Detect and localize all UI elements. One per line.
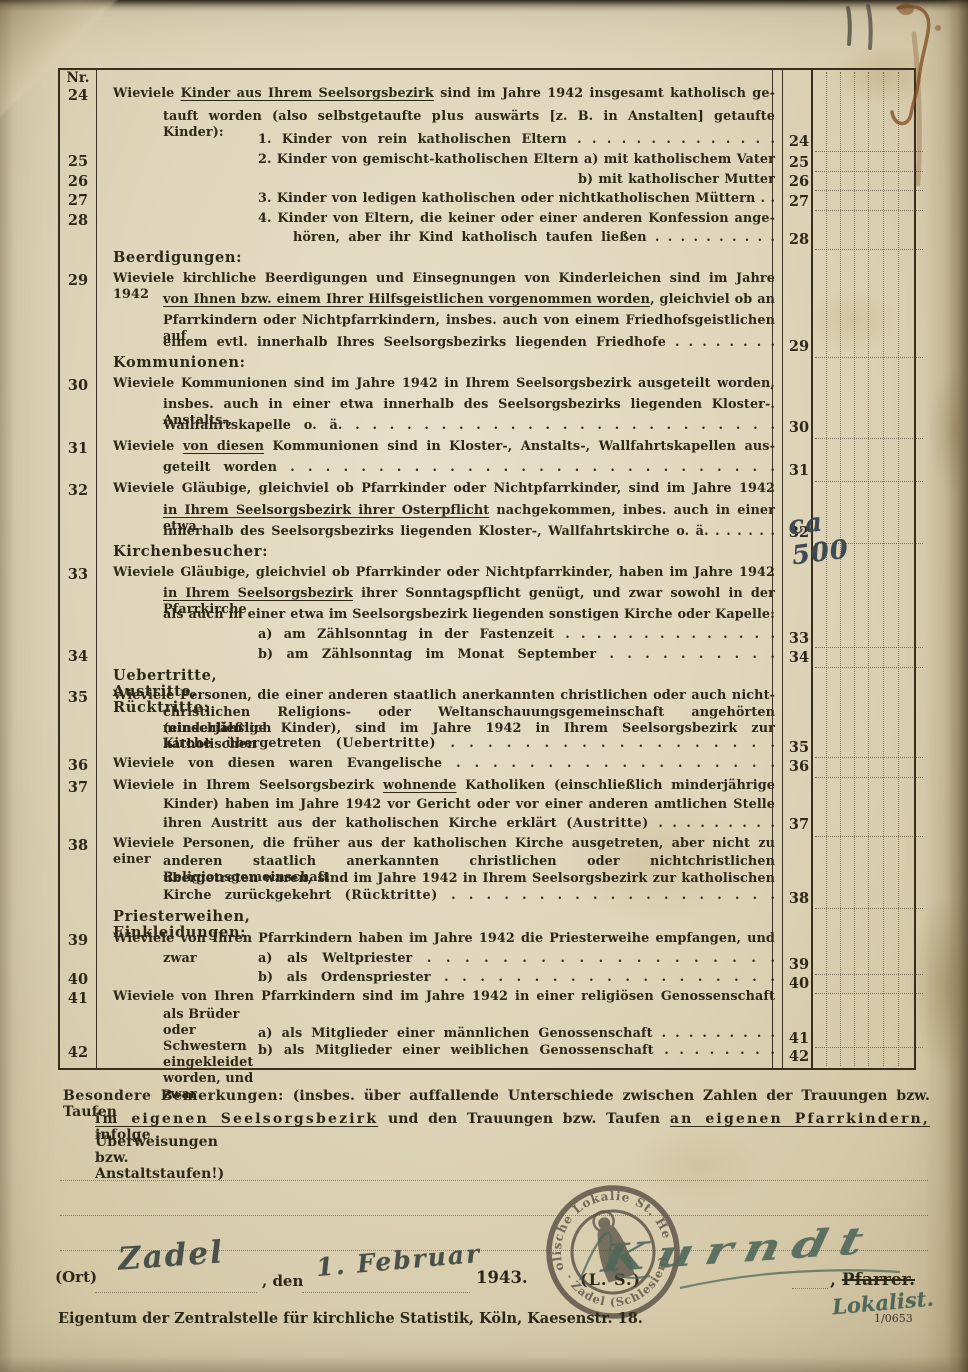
form-text-line: einem evtl. innerhalb Ihres Seelsorgsbez… — [163, 335, 775, 351]
text-segment: (Austritte) — [566, 816, 649, 831]
text-segment: a) am Zählsonntag in der Fastenzeit . . … — [258, 627, 775, 642]
form-text-line: geteilt worden . . . . . . . . . . . . .… — [163, 460, 775, 476]
form-text-line: als auch in einer etwa im Seelsorgsbezir… — [163, 607, 775, 623]
text-segment: 4. Kinder von Eltern, die keiner oder ei… — [258, 211, 775, 226]
form-text-line: Wieviele Gläubige, gleichviel ob Pfarrki… — [113, 565, 775, 581]
answer-value: ca 500 — [787, 505, 851, 572]
ort-label: (Ort) — [55, 1268, 97, 1286]
answer-grid-vline — [898, 72, 899, 1066]
form-text-line: Wieviele von diesen waren Evangelische .… — [113, 756, 775, 772]
text-segment: . . . . . . . . . — [649, 816, 775, 831]
text-segment: im eigenen Seelsorgsbezirk — [95, 1111, 378, 1127]
text-segment: b) als Mitglieder einer weiblichen Genos… — [258, 1043, 775, 1058]
corner-fold — [0, 0, 120, 140]
form-text-line: Wieviele von Ihren Pfarrkindern haben im… — [113, 931, 775, 947]
text-segment: Wieviele von Ihren Pfarrkindern haben im… — [113, 931, 775, 946]
scanned-church-statistics-form: Nr. 242526272829303132333435363738394041… — [0, 0, 968, 1372]
text-segment: b) als Ordenspriester . . . . . . . . . … — [258, 970, 775, 985]
text-segment: von Ihnen bzw. einem Ihrer Hilfsgeistlic… — [163, 292, 650, 307]
text-segment: einem evtl. innerhalb Ihres Seelsorgsbez… — [163, 335, 775, 350]
text-segment: innerhalb des Seelsorgsbezirks liegenden… — [163, 524, 775, 539]
text-segment: Wieviele in Ihrem Seelsorgsbezirk — [113, 778, 383, 793]
form-text-line: Kommunionen: — [113, 355, 246, 371]
form-text-line: Wieviele Kinder aus Ihrem Seelsorgsbezir… — [113, 86, 775, 102]
text-segment: sind im Jahre 1942 insgesamt katholisch … — [434, 86, 775, 101]
row-number: 31 — [781, 462, 817, 479]
row-number: 33 — [781, 630, 817, 647]
text-segment: . . . . . . . . . . . . . . . . . . . — [438, 888, 775, 903]
text-segment: Kirche zurückgekehrt — [163, 888, 345, 903]
answer-row-sep — [815, 777, 923, 778]
row-number: 41 — [60, 990, 96, 1007]
text-segment: Kinder) haben im Jahre 1942 vor Gericht … — [163, 797, 775, 812]
form-text-line: Wieviele Kommunionen sind im Jahre 1942 … — [113, 376, 775, 392]
row-number: 28 — [781, 231, 817, 248]
answer-row-sep — [815, 908, 923, 909]
form-text-line: Wieviele Personen, die einer anderen sta… — [113, 688, 775, 704]
text-segment: hören, aber ihr Kind katholisch taufen l… — [293, 230, 775, 245]
text-segment: in Ihrem Seelsorgsbezirk — [163, 586, 353, 601]
text-segment: Wieviele Gläubige, gleichviel ob Pfarrki… — [113, 565, 775, 580]
row-number: 42 — [781, 1048, 817, 1065]
text-segment: Kirchenbesucher: — [113, 543, 268, 560]
text-segment: , gleichviel ob an — [650, 292, 775, 307]
text-segment: Wieviele Kommunionen sind im Jahre 1942 … — [113, 376, 775, 391]
form-text-line: ihren Austritt aus der katholischen Kirc… — [163, 816, 775, 832]
text-segment: plus — [432, 109, 465, 124]
form-text-line: Kirchenbesucher: — [113, 544, 268, 560]
form-text-line: a) als Mitglieder einer männlichen Genos… — [258, 1026, 775, 1042]
row-number: 33 — [60, 566, 96, 583]
form-text-line: a) am Zählsonntag in der Fastenzeit . . … — [258, 627, 775, 643]
form-text-line: Kirche zurückgekehrt (Rücktritte) . . . … — [163, 888, 775, 904]
form-text-line: Wieviele Gläubige, gleichviel ob Pfarrki… — [113, 481, 775, 497]
text-segment: (Rücktritte) — [345, 888, 438, 903]
row-number: 32 — [60, 482, 96, 499]
form-text-line: innerhalb des Seelsorgsbezirks liegenden… — [163, 524, 775, 540]
row-number: 39 — [781, 956, 817, 973]
answer-row-sep — [815, 647, 923, 648]
den-label: , den — [262, 1272, 303, 1290]
ort-handwritten: Zadel — [117, 1234, 225, 1277]
text-segment: b) mit katholischer Mutter — [578, 172, 775, 187]
form-text-line: b) mit katholischer Mutter — [578, 172, 775, 188]
form-text-line: 1. Kinder von rein katholischen Eltern .… — [258, 132, 775, 148]
text-segment: tauft worden (also selbstgetaufte — [163, 109, 432, 124]
right-number-col-left-line — [782, 68, 783, 1068]
form-text-line: Wieviele von diesen Kommunionen sind in … — [113, 439, 775, 455]
form-text-line: Wallfahrtskapelle o. ä. . . . . . . . . … — [163, 418, 775, 434]
form-text-line: Wieviele in Ihrem Seelsorgsbezirk wohnen… — [113, 778, 775, 794]
answer-row-sep — [815, 249, 923, 250]
row-number: 39 — [60, 932, 96, 949]
text-segment: Überweisungen bzw. Anstaltstaufen!) — [95, 1134, 224, 1182]
text-segment: zwar — [163, 951, 197, 966]
form-text-line: zwar — [163, 951, 197, 967]
row-number: 40 — [781, 975, 817, 992]
text-segment: Wieviele — [113, 86, 181, 101]
owner-imprint: Eigentum der Zentralstelle für kirchlich… — [58, 1310, 643, 1327]
form-text-line: hören, aber ihr Kind katholisch taufen l… — [293, 230, 775, 246]
pfarrer-label-group: , Pfarrer. — [830, 1270, 915, 1290]
answer-grid-vline — [826, 72, 827, 1066]
text-segment: ihren Austritt aus der katholischen Kirc… — [163, 816, 566, 831]
answer-row-sep — [815, 836, 923, 837]
text-segment: Wallfahrtskapelle o. ä. . . . . . . . . … — [163, 418, 775, 433]
answer-grid-vline — [868, 72, 869, 1066]
form-text-line: 2. Kinder von gemischt-katholischen Elte… — [258, 152, 775, 168]
row-number: 34 — [60, 648, 96, 665]
form-text-line: b) am Zählsonntag im Monat September . .… — [258, 647, 775, 663]
text-segment: geteilt worden . . . . . . . . . . . . .… — [163, 460, 775, 475]
row-number: 26 — [60, 173, 96, 190]
row-number: 36 — [60, 757, 96, 774]
text-segment: a) als Weltpriester . . . . . . . . . . … — [258, 951, 775, 966]
answer-grid-vline — [840, 72, 841, 1066]
text-segment: . . . . . . . . . . . . . . . . . . — [436, 736, 775, 751]
right-edge-tear — [944, 0, 968, 1372]
text-segment: in Ihrem Seelsorgsbezirk ihrer Osterpfli… — [163, 503, 489, 518]
row-number: 35 — [781, 739, 817, 756]
text-segment: von diesen — [183, 439, 264, 454]
row-number: 30 — [781, 419, 817, 436]
text-segment: Wieviele von diesen waren Evangelische .… — [113, 756, 775, 771]
row-number: 38 — [781, 890, 817, 907]
form-text-line: a) als Weltpriester . . . . . . . . . . … — [258, 951, 775, 967]
row-number: 37 — [60, 779, 96, 796]
text-segment: Besondere Bemerkungen: — [63, 1088, 284, 1104]
text-segment: und den Trauungen bzw. Taufen — [378, 1111, 670, 1127]
answer-row-sep — [815, 667, 923, 668]
answer-grid-vline — [883, 72, 884, 1066]
signature-line — [792, 1288, 828, 1289]
row-number: 42 — [60, 1044, 96, 1061]
form-text-line: 4. Kinder von Eltern, die keiner oder ei… — [258, 211, 775, 227]
text-segment: wohnende — [383, 778, 457, 793]
row-number: 35 — [60, 689, 96, 706]
form-text-line: Beerdigungen: — [113, 250, 242, 266]
text-segment: Wieviele — [113, 439, 183, 454]
answer-row-sep — [815, 1047, 923, 1048]
row-number: 37 — [781, 816, 817, 833]
answer-row-sep — [815, 481, 923, 482]
print-number: 1/0653 — [874, 1312, 913, 1325]
form-text-line: Wieviele von Ihren Pfarrkindern sind im … — [113, 989, 775, 1005]
text-segment: als auch in einer etwa im Seelsorgsbezir… — [163, 607, 775, 622]
text-segment: Kinder aus Ihrem Seelsorgsbezirk — [181, 86, 434, 101]
row-number: 31 — [60, 440, 96, 457]
form-text-line: 3. Kinder von ledigen katholischen oder … — [258, 191, 775, 207]
pfarrer-label: Pfarrer. — [842, 1270, 915, 1290]
row-number: 29 — [781, 338, 817, 355]
text-segment: Beerdigungen: — [113, 249, 242, 266]
text-segment: Kirche übergetreten — [163, 736, 336, 751]
row-number: 28 — [60, 212, 96, 229]
row-number: 25 — [60, 153, 96, 170]
remarks-rule-1 — [60, 1180, 928, 1181]
row-number: 38 — [60, 837, 96, 854]
text-segment: Wieviele von Ihren Pfarrkindern sind im … — [113, 989, 775, 1004]
pfarrer-comma: , — [830, 1270, 842, 1290]
text-segment: Wieviele Personen, die einer anderen sta… — [113, 688, 775, 703]
answer-row-sep — [815, 757, 923, 758]
row-number: 30 — [60, 377, 96, 394]
date-write-line — [302, 1292, 470, 1293]
form-text-line: von Ihnen bzw. einem Ihrer Hilfsgeistlic… — [163, 292, 775, 308]
row-number: 41 — [781, 1030, 817, 1047]
row-number: 40 — [60, 971, 96, 988]
answer-row-sep — [815, 438, 923, 439]
row-number: 34 — [781, 649, 817, 666]
row-number: 27 — [60, 192, 96, 209]
text-segment: übergetreten waren, sind im Jahre 1942 i… — [163, 871, 775, 886]
row-number: 29 — [60, 272, 96, 289]
form-text-line: b) als Ordenspriester . . . . . . . . . … — [258, 970, 775, 986]
text-segment: Wieviele Gläubige, gleichviel ob Pfarrki… — [113, 481, 775, 496]
text-segment: Kommunionen sind in Kloster-, Anstalts-,… — [264, 439, 775, 454]
text-segment: b) am Zählsonntag im Monat September . .… — [258, 647, 775, 662]
form-text-line: Kirche übergetreten (Uebertritte) . . . … — [163, 736, 775, 752]
text-segment: (Uebertritte) — [336, 736, 437, 751]
text-segment: Katholiken (einschließlich minderjährige — [456, 778, 775, 793]
text-segment: 2. Kinder von gemischt-katholischen Elte… — [258, 152, 775, 167]
text-segment: a) als Mitglieder einer männlichen Genos… — [258, 1026, 775, 1041]
answer-grid-vline — [854, 72, 855, 1066]
form-text-line: Kinder) haben im Jahre 1942 vor Gericht … — [163, 797, 775, 813]
text-segment: an eigenen Pfarrkindern, — [670, 1111, 930, 1127]
answer-row-sep — [815, 993, 923, 994]
answer-row-sep — [815, 974, 923, 975]
nr-column-line — [96, 68, 97, 1068]
ort-write-line — [95, 1292, 257, 1293]
row-number: 36 — [781, 758, 817, 775]
answer-row-sep — [815, 357, 923, 358]
form-text-line: Überweisungen bzw. Anstaltstaufen!) — [95, 1134, 224, 1182]
text-segment: 3. Kinder von ledigen katholischen oder … — [258, 191, 775, 206]
text-segment: 1. Kinder von rein katholischen Eltern .… — [258, 132, 775, 147]
form-text-line: b) als Mitglieder einer weiblichen Genos… — [258, 1043, 775, 1059]
text-segment: Kommunionen: — [113, 354, 246, 371]
form-text-line: übergetreten waren, sind im Jahre 1942 i… — [163, 871, 775, 887]
